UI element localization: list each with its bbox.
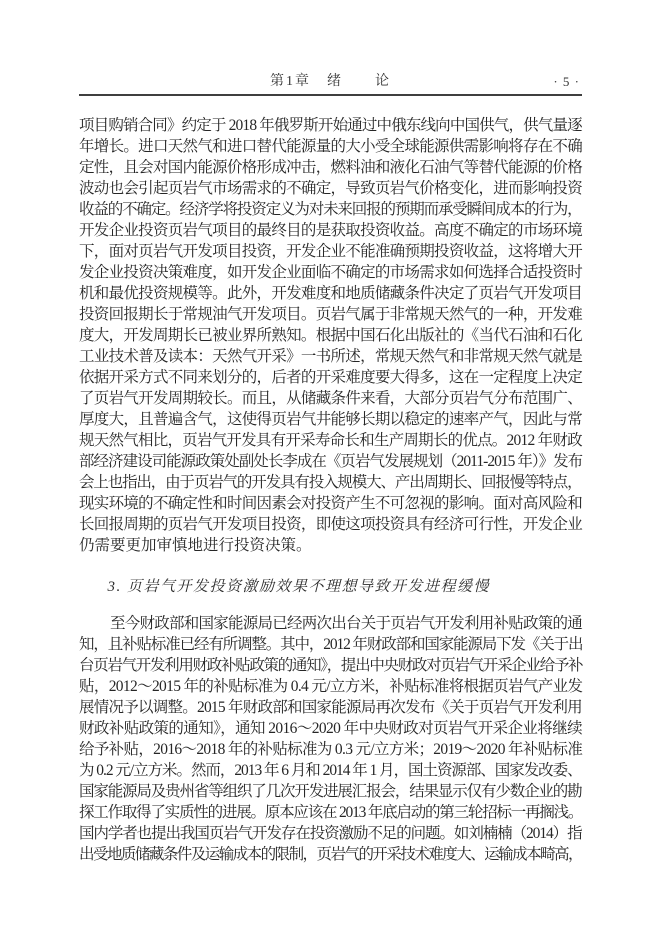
- section-heading: 3. 页岩气开发投资激励效果不理想导致开发进程缓慢: [79, 577, 582, 598]
- text-line: 给予补贴，2016～2018 年的补贴标准为 0.3 元/立方米；2019～20…: [79, 739, 582, 760]
- text-line: 现实环境的不确定性和时间因素会对投资产生不可忽视的影响。面对高风险和: [79, 493, 582, 514]
- text-line: 年增长。进口天然气和进口替代能源量的大小受全球能源供需影响将存在不确: [79, 136, 582, 157]
- text-line: 收益的不确定。经济学将投资定义为对未来回报的预期而承受瞬间成本的行为，: [79, 199, 582, 220]
- text-line: 波动也会引起页岩气市场需求的不确定，导致页岩气价格变化，进而影响投资: [79, 178, 582, 199]
- page-header: 第1章 绪 论 · 5 ·: [79, 71, 582, 96]
- text-line: 出受地质储藏条件及运输成本的限制，页岩气的开采技术难度大、运输成本畸高，: [79, 844, 582, 865]
- text-line: 为 0.2 元/立方米。然而，2013 年 6 月和 2014 年 1 月，国土…: [79, 760, 582, 781]
- text-line: 下，面对页岩气开发项目投资，开发企业不能准确预期投资收益，这将增大开: [79, 241, 582, 262]
- text-line: 仍需要更加审慎地进行投资决策。: [79, 535, 582, 556]
- text-line: 依据开采方式不同来划分的，后者的开采难度要大得多，这在一定程度上决定: [79, 367, 582, 388]
- text-line: 国家能源局及贵州省等组织了几次开发进展汇报会，结果显示仅有少数企业的勘: [79, 781, 582, 802]
- text-line: 规天然气相比，页岩气开发具有开采寿命长和生产周期长的优点。2012 年财政: [79, 430, 582, 451]
- content-area: 第1章 绪 论 · 5 · 项目购销合同》约定于 2018 年俄罗斯开始通过中俄…: [79, 0, 582, 865]
- text-line: 定性，且会对国内能源价格形成冲击，燃料油和液化石油气等替代能源的价格: [79, 157, 582, 178]
- text-line: 部经济建设司能源政策处副处长李成在《页岩气发展规划（2011-2015 年）》发…: [79, 451, 582, 472]
- text-line: 开发企业投资页岩气项目的最终目的是获取投资收益。高度不确定的市场环境: [79, 220, 582, 241]
- text-line: 厚度大，且普遍含气，这使得页岩气井能够长期以稳定的速率产气，因此与常: [79, 409, 582, 430]
- text-line: 机和最优投资规模等。此外，开发难度和地质储藏条件决定了页岩气开发项目: [79, 283, 582, 304]
- text-line: 项目购销合同》约定于 2018 年俄罗斯开始通过中俄东线向中国供气，供气量逐: [79, 115, 582, 136]
- text-line: 会上也指出，由于页岩气的开发具有投入规模大、产出周期长、回报慢等特点，: [79, 472, 582, 493]
- text-line: 探工作取得了实质性的进展。原本应该在 2013 年底启动的第三轮招标一再搁浅。: [79, 802, 582, 823]
- paragraph-continuation: 项目购销合同》约定于 2018 年俄罗斯开始通过中俄东线向中国供气，供气量逐年增…: [79, 115, 582, 556]
- text-line: 工业技术普及读本：天然气开采》一书所述，常规天然气和非常规天然气就是: [79, 346, 582, 367]
- text-line: 国内学者也提出我国页岩气开发存在投资激励不足的问题。如刘楠楠（2014）指: [79, 823, 582, 844]
- text-line: 台页岩气开发利用财政补贴政策的通知》，提出中央财政对页岩气开采企业给予补: [79, 655, 582, 676]
- text-line: 至今财政部和国家能源局已经两次出台关于页岩气开发利用补贴政策的通: [79, 613, 582, 634]
- text-line: 了页岩气开发周期较长。而且，从储藏条件来看，大部分页岩气分布范围广、: [79, 388, 582, 409]
- text-line: 度大，开发周期长已被业界所熟知。根据中国石化出版社的《当代石油和石化: [79, 325, 582, 346]
- text-line: 展情况予以调整。2015 年财政部和国家能源局再次发布《关于页岩气开发利用: [79, 697, 582, 718]
- page-number: · 5 ·: [553, 71, 580, 92]
- text-line: 长回报周期的页岩气开发项目投资，即使这项投资具有经济可行性，开发企业: [79, 514, 582, 535]
- text-line: 财政补贴政策的通知》，通知 2016～2020 年中央财政对页岩气开采企业将继续: [79, 718, 582, 739]
- chapter-title: 第1章 绪 论: [79, 71, 582, 92]
- text-line: 知，且补贴标准已经有所调整。其中，2012 年财政部和国家能源局下发《关于出: [79, 634, 582, 655]
- book-page: 第1章 绪 论 · 5 · 项目购销合同》约定于 2018 年俄罗斯开始通过中俄…: [0, 0, 661, 925]
- text-line: 投资回报期长于常规油气开发项目。页岩气属于非常规天然气的一种，开发难: [79, 304, 582, 325]
- paragraph-subsidy-policy: 至今财政部和国家能源局已经两次出台关于页岩气开发利用补贴政策的通知，且补贴标准已…: [79, 613, 582, 865]
- text-line: 贴，2012～2015 年的补贴标准为 0.4 元/立方米，补贴标准将根据页岩气…: [79, 676, 582, 697]
- text-line: 发企业投资决策难度，如开发企业面临不确定的市场需求如何选择合适投资时: [79, 262, 582, 283]
